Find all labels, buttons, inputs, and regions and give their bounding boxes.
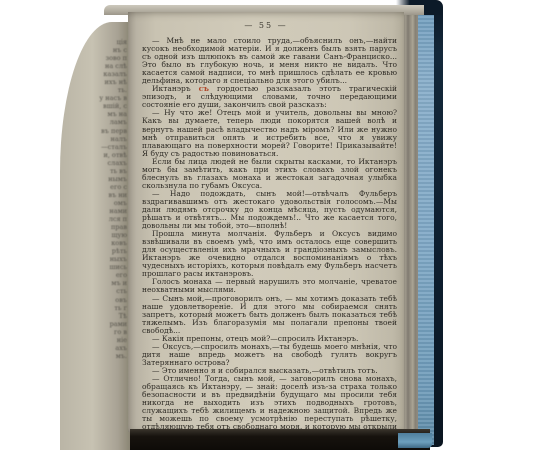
text-fragment: ахъ [60,344,127,352]
text-fragment: въ ни [60,191,127,199]
text-fragment: сть [60,287,127,295]
text-fragment: Тѣ [60,312,127,320]
page-text-block: — Мнѣ не мало стоило труда,—объяснилъ он… [142,37,397,439]
text-fragment: налъ [60,135,127,143]
paragraph: — Сынъ мой,—проговорилъ онъ, — мы хотимъ… [142,295,397,335]
text-fragment: мъ на [60,110,127,118]
text-fragment: лся п [60,215,127,223]
text-fragment: ція [60,38,127,46]
page-bottom-shadow [130,429,430,450]
text-fragment: ніе [60,336,127,344]
text-fragment: его [60,271,127,279]
text-fragment: его с [60,183,127,191]
text-fragment: ламъ [60,118,127,126]
text-fragment: у насъ в [60,94,127,102]
text-fragment: го в [60,328,127,336]
text-fragment: ть. [60,86,127,94]
text-fragment: щую [60,231,127,239]
text-fragment: шись [60,263,127,271]
paragraph: Прошла минута молчанія. Фульберъ и Оксус… [142,230,397,278]
text-fragment: ть въ [60,167,127,175]
text-fragment: зово п [60,54,127,62]
book-cover-bottom-corner [398,433,432,448]
text-fragment: и, отвѣ [60,151,127,159]
page-number: — 55 — [128,21,404,30]
text-fragment: мъ. [60,352,127,360]
text-fragment: ныхъ [60,255,127,263]
paragraph: — Оксусъ,—спросилъ монахъ,—ты будешь мое… [142,343,397,367]
text-fragment: мъ и [60,279,127,287]
text-fragment: вшій, с [60,102,127,110]
text-fragment: на слѣ [60,62,127,70]
facing-page-gutter: ціянъ сзово пна слѣказалъихъ нѣть.у насъ… [60,22,132,450]
paragraph: Иктанэръ съ гордостью разсказалъ этотъ т… [142,85,397,109]
text-fragment: ихъ нѣ [60,78,127,86]
text-fragment: нами [60,207,127,215]
paragraph: — Надо подождать, сынъ мой!—отвѣчалъ Фул… [142,190,397,230]
text-fragment: рами [60,320,127,328]
text-fragment: —сталъ [60,143,127,151]
text-fragment: въ перв [60,127,127,135]
text-fragment: омъ [60,199,127,207]
facing-page-text-fragments: ціянъ сзово пна слѣказалъихъ нѣть.у насъ… [60,22,132,360]
paragraph: — Мнѣ не мало стоило труда,—объяснилъ он… [142,37,397,85]
text-fragment: рѣть [60,247,127,255]
text-fragment: овъ [60,296,127,304]
paragraph: Если бы лица людей не были скрыты каскам… [142,158,397,190]
text-fragment: прав [60,223,127,231]
text-fragment: ковъ [60,239,127,247]
paragraph: Голосъ монаха — первый нарушилъ это молч… [142,278,397,294]
book-photo: ціянъ сзово пна слѣказалъихъ нѣть.у насъ… [0,0,550,450]
text-fragment: ть г [60,304,127,312]
text-fragment: нымъ [60,175,127,183]
text-fragment: нъ с [60,46,127,54]
book-page: — 55 — — Мнѣ не мало стоило труда,—объяс… [128,12,404,432]
text-fragment: казалъ [60,70,127,78]
paragraph: — Ну что же! Отецъ мой и учитель, доволь… [142,109,397,157]
text-fragment: слахъ [60,159,127,167]
